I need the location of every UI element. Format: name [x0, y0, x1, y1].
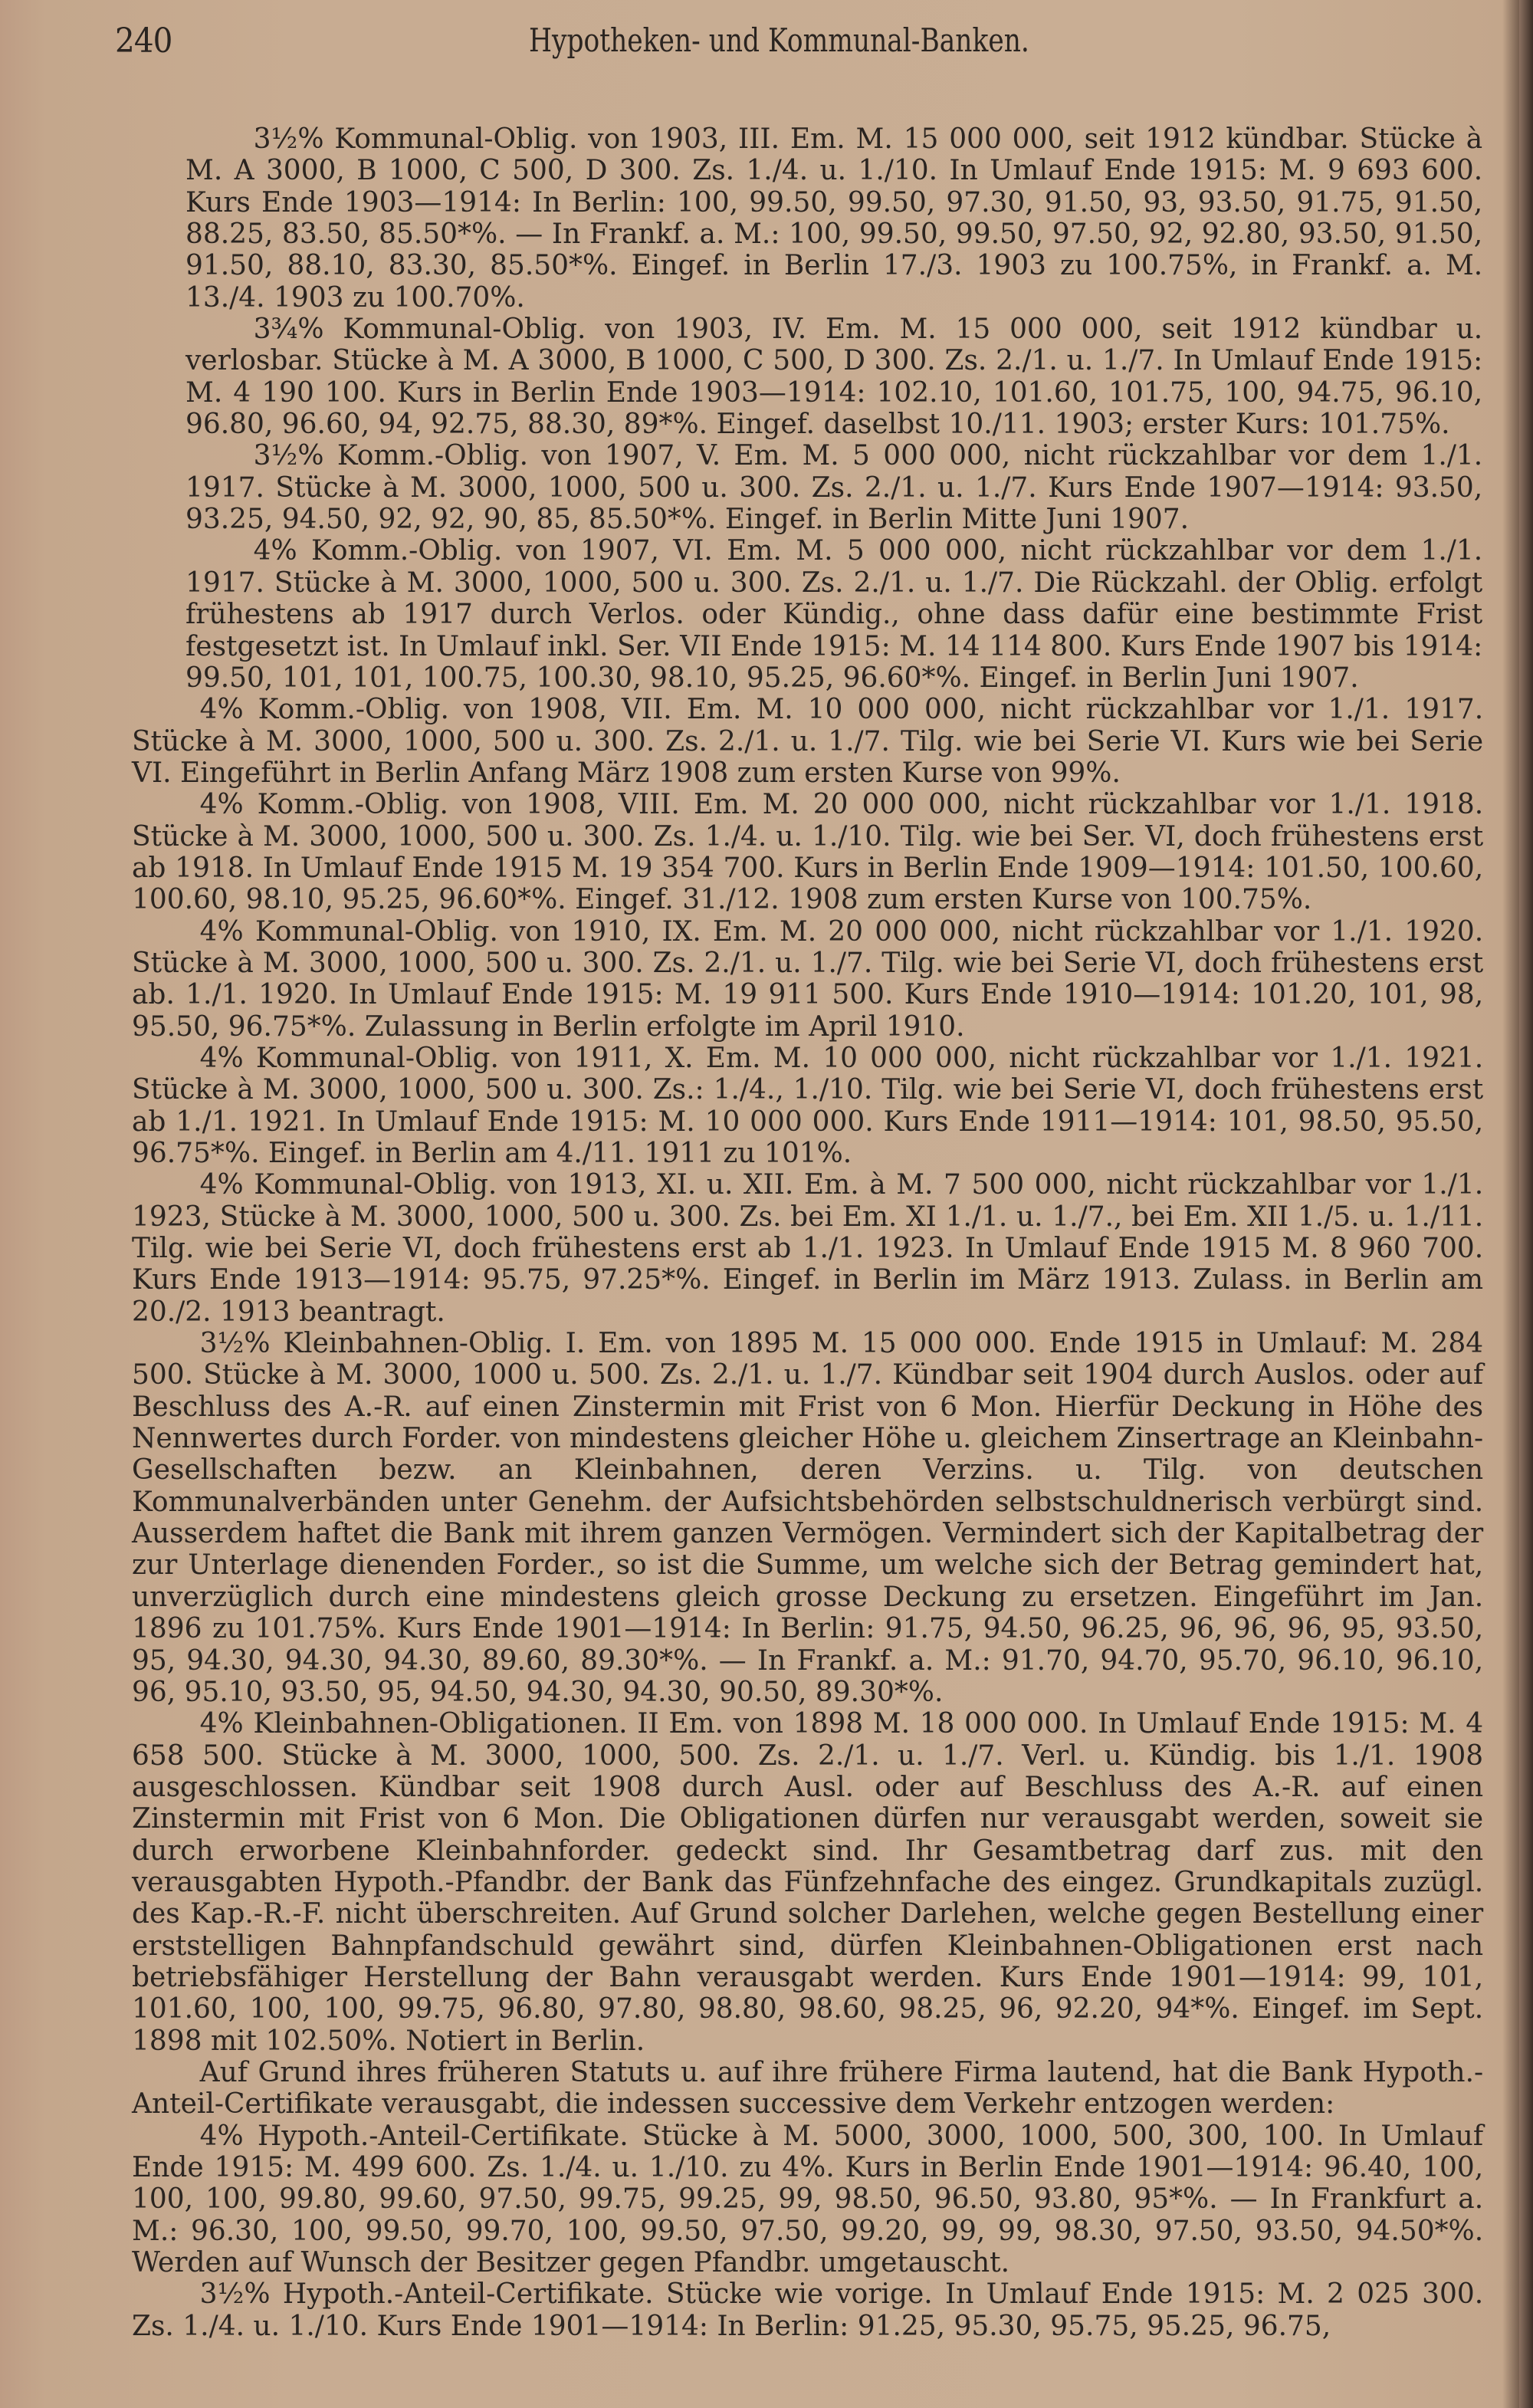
paragraph-kleinbahnen-oblig-ii: 4% Kleinbahnen-Obligationen. II Em. von … [132, 1707, 1483, 2056]
paragraph-kommunal-1903-iii: 3½% Kommunal-Oblig. von 1903, III. Em. M… [185, 123, 1482, 313]
paragraph-komm-1908-viii: 4% Komm.-Oblig. von 1908, VIII. Em. M. 2… [132, 788, 1483, 915]
rate-label: 3½% [254, 439, 337, 471]
paragraph-text: Kleinbahnen-Obligationen. II Em. von 189… [132, 1707, 1483, 2056]
rate-label: 4% [200, 2119, 258, 2152]
rate-label: 3½% [254, 122, 335, 155]
paragraph-anteil-certifikate-4: 4% Hypoth.-Anteil-Certifikate. Stücke à … [132, 2120, 1483, 2278]
paragraph-text: Kommunal-Oblig. von 1910, IX. Em. M. 20 … [132, 915, 1483, 1043]
rate-label: 3½% [200, 1326, 284, 1359]
paragraph-text: Hypoth.-Anteil-Certifikate. Stücke wie v… [132, 2277, 1483, 2341]
rate-label: 4% [200, 692, 258, 725]
paragraph-komm-1907-vi: 4% Komm.-Oblig. von 1907, VI. Em. M. 5 0… [185, 534, 1482, 693]
paragraph-text: Komm.-Oblig. von 1908, VII. Em. M. 10 00… [132, 692, 1483, 789]
paragraph-text: Kommunal-Oblig. von 1903, IV. Em. M. 15 … [185, 312, 1482, 440]
rate-label: 4% [200, 1707, 254, 1739]
paragraph-komm-1908-vii: 4% Komm.-Oblig. von 1908, VII. Em. M. 10… [132, 693, 1483, 788]
paragraph-kleinbahnen-oblig-i: 3½% Kleinbahnen-Oblig. I. Em. von 1895 M… [132, 1327, 1483, 1707]
paragraph-text: Kommunal-Oblig. von 1911, X. Em. M. 10 0… [132, 1041, 1483, 1169]
book-spine-shadow [1519, 0, 1533, 2408]
paragraph-text: Auf Grund ihres früheren Statuts u. auf … [132, 2055, 1483, 2120]
paragraph-kommunal-1903-iv: 3¾% Kommunal-Oblig. von 1903, IV. Em. M.… [185, 313, 1482, 439]
paragraph-text: Kleinbahnen-Oblig. I. Em. von 1895 M. 15… [132, 1326, 1483, 1708]
rate-label: 3½% [200, 2277, 283, 2310]
paragraph-text: Komm.-Oblig. von 1907, VI. Em. M. 5 000 … [185, 534, 1482, 693]
rate-label: 4% [254, 534, 311, 567]
paragraph-text: Kommunal-Oblig. von 1903, III. Em. M. 15… [185, 122, 1482, 314]
paragraph-anteil-certifikate-intro: Auf Grund ihres früheren Statuts u. auf … [132, 2056, 1483, 2120]
rate-label: 4% [200, 787, 258, 820]
rate-label: 4% [200, 915, 255, 948]
rate-label: 4% [200, 1041, 256, 1074]
paragraph-komm-1907-v: 3½% Komm.-Oblig. von 1907, V. Em. M. 5 0… [185, 439, 1482, 534]
page-number: 240 [115, 21, 172, 61]
paragraph-kommunal-1911-x: 4% Kommunal-Oblig. von 1911, X. Em. M. 1… [132, 1042, 1483, 1168]
paragraph-text: Kommunal-Oblig. von 1913, XI. u. XII. Em… [132, 1168, 1483, 1327]
page-header: 240 Hypotheken- und Kommunal-Banken. [0, 8, 1533, 54]
running-title: Hypotheken- und Kommunal-Banken. [529, 21, 1029, 59]
paragraph-kommunal-1910-ix: 4% Kommunal-Oblig. von 1910, IX. Em. M. … [132, 915, 1483, 1042]
page-body: 3½% Kommunal-Oblig. von 1903, III. Em. M… [132, 123, 1504, 2341]
rate-label: 3¾% [254, 312, 343, 345]
paragraph-text: Komm.-Oblig. von 1907, V. Em. M. 5 000 0… [185, 439, 1482, 535]
rate-label: 4% [200, 1168, 254, 1201]
paragraph-text: Hypoth.-Anteil-Certifikate. Stücke à M. … [132, 2119, 1483, 2278]
paragraph-text: Komm.-Oblig. von 1908, VIII. Em. M. 20 0… [132, 787, 1483, 915]
paragraph-kommunal-1913-xi-xii: 4% Kommunal-Oblig. von 1913, XI. u. XII.… [132, 1168, 1483, 1327]
paragraph-anteil-certifikate-3-5: 3½% Hypoth.-Anteil-Certifikate. Stücke w… [132, 2278, 1483, 2341]
